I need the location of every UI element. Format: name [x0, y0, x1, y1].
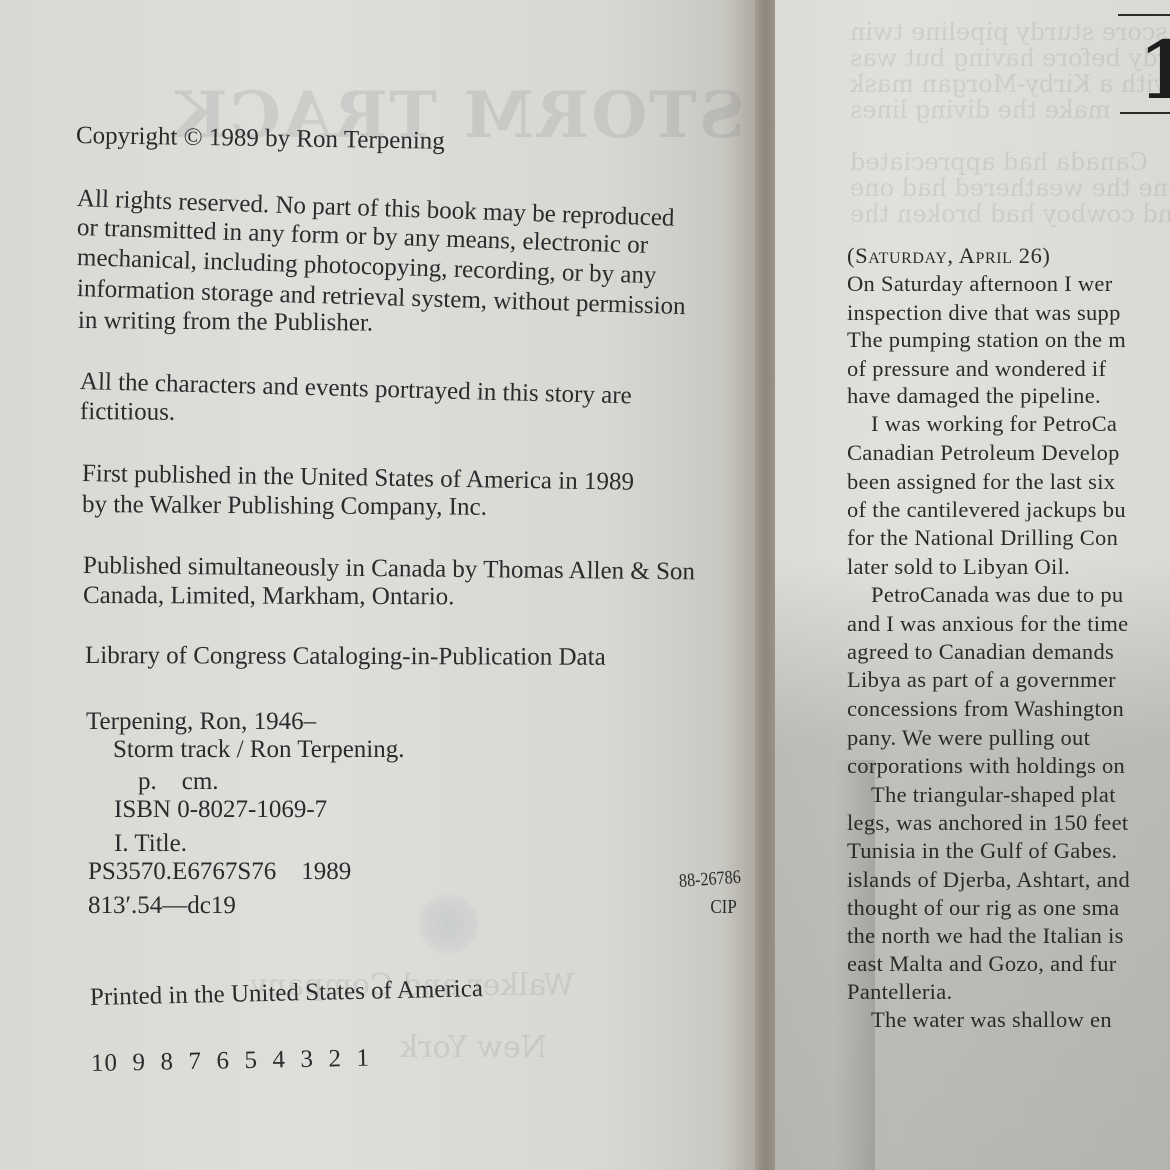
body-line: Libya as part of a governmer — [847, 667, 1116, 693]
body-line: The triangular-shaped plat — [847, 782, 1116, 808]
body-line: agreed to Canadian demands — [847, 639, 1114, 665]
body-line: pany. We were pulling out — [847, 725, 1090, 751]
bleed-through-text: make the diving lines — [850, 96, 1110, 124]
body-line: east Malta and Gozo, and fur — [847, 951, 1117, 977]
body-line: and I was anxious for the time — [847, 611, 1128, 637]
printed-in-notice: Printed in the United States of America — [90, 973, 484, 1013]
book-gutter — [755, 0, 775, 1170]
body-line: islands of Djerba, Ashtart, and — [847, 867, 1130, 893]
body-line: thought of our rig as one sma — [847, 895, 1119, 921]
body-line: concessions from Washington — [847, 696, 1124, 722]
cip-author: Terpening, Ron, 1946– — [86, 706, 316, 737]
first-published-line: by the Walker Publishing Company, Inc. — [82, 489, 487, 523]
chapter-number: 1 — [1138, 30, 1170, 110]
cip-heading: Library of Congress Cataloging-in-Public… — [85, 640, 606, 673]
body-line: been assigned for the last six — [847, 469, 1115, 495]
cip-label: CIP — [710, 892, 736, 923]
cip-physical: p. cm. — [138, 766, 219, 797]
fiction-line: fictitious. — [80, 396, 175, 428]
body-line: for the National Drilling Con — [847, 525, 1118, 551]
bleed-through-text: Canada had appreciated — [850, 148, 1148, 176]
cip-subject: I. Title. — [114, 828, 187, 859]
cip-isbn: ISBN 0-8027-1069-7 — [114, 794, 327, 825]
bleed-through-publisher-logo-icon — [418, 893, 480, 955]
body-line: later sold to Libyan Oil. — [847, 554, 1070, 580]
cip-dewey: 813′.54—dc19 — [88, 890, 236, 921]
copyright-page: STORM TRACK Walker and Company New York … — [0, 0, 760, 1170]
body-line: I was working for PetroCa — [847, 411, 1117, 437]
body-line: Tunisia in the Gulf of Gabes. — [847, 838, 1117, 864]
body-line: of the cantilevered jackups bu — [847, 497, 1126, 523]
bleed-through-text: one the weathered had one — [850, 174, 1170, 202]
bleed-through-text: with a Kirby-Morgan mask — [850, 70, 1170, 98]
bleed-through-text: sturdy before having but was — [850, 44, 1170, 72]
body-line: legs, was anchored in 150 feet — [847, 810, 1128, 836]
canada-line: Canada, Limited, Markham, Ontario. — [83, 580, 455, 612]
chapter-date-heading: (Saturday, April 26) — [847, 243, 1051, 269]
rights-line: in writing from the Publisher. — [78, 305, 373, 339]
chapter-rule-top — [1118, 14, 1170, 16]
body-line: corporations with holdings on — [847, 753, 1125, 779]
body-line: the north we had the Italian is — [847, 923, 1124, 949]
body-line: The pumping station on the m — [847, 327, 1126, 353]
copyright-notice: Copyright © 1989 by Ron Terpening — [76, 120, 445, 157]
body-line: PetroCanada was due to pu — [847, 582, 1123, 608]
body-line: On Saturday afternoon I wer — [847, 271, 1113, 297]
body-line: Pantelleria. — [847, 979, 952, 1005]
body-line: inspection dive that was supp — [847, 300, 1121, 326]
chapter-rule-bottom — [1120, 112, 1170, 114]
cip-title: Storm track / Ron Terpening. — [113, 734, 405, 765]
body-line: The water was shallow en — [847, 1007, 1112, 1033]
bleed-through-text: in score sturdy pipeline twin — [850, 18, 1170, 46]
printing-number-line: 10 9 8 7 6 5 4 3 2 1 — [91, 1043, 371, 1079]
body-line: of pressure and wondered if — [847, 356, 1106, 382]
body-line: Canadian Petroleum Develop — [847, 440, 1120, 466]
cip-lc-class: PS3570.E6767S76 1989 — [88, 856, 351, 887]
bleed-through-city: New York — [400, 1030, 547, 1065]
bleed-through-text: bound cowboy had broken the — [850, 200, 1170, 228]
body-line: have damaged the pipeline. — [847, 383, 1101, 409]
chapter-page: in score sturdy pipeline twin sturdy bef… — [775, 0, 1170, 1170]
